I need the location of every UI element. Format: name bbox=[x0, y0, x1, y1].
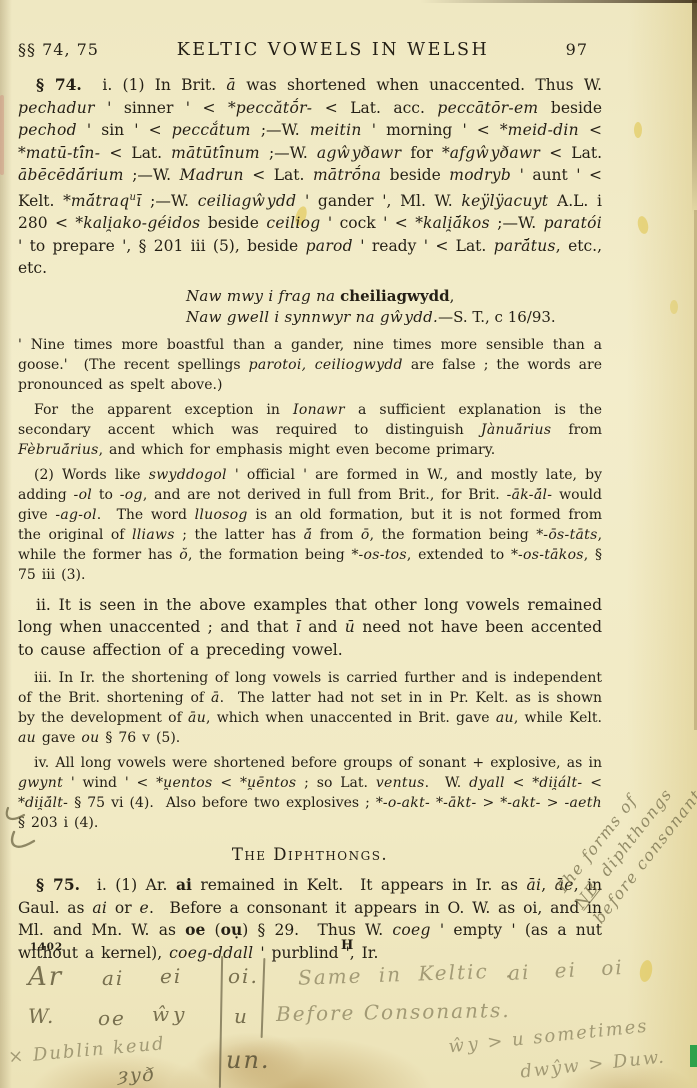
yellow-stain bbox=[636, 215, 650, 235]
paragraph-75: § 75. i. (1) Ar. ai remained in Kelt. It… bbox=[18, 874, 602, 964]
left-edge-mark bbox=[0, 95, 4, 175]
handwriting-un: un. bbox=[226, 1046, 271, 1074]
footer-signature-number: 1402 bbox=[30, 941, 63, 953]
handwriting-dwyw-duw: dwŷw > Duw. bbox=[519, 1046, 666, 1082]
pencil-column-divider bbox=[219, 956, 223, 1088]
margin-note-line3: before consonants bbox=[589, 778, 697, 927]
handwriting-ai-ei-oi: ai ei oi bbox=[507, 955, 624, 985]
handwriting-oe: oe bbox=[98, 1006, 126, 1030]
paragraph-iv: iv. All long vowels were shortened befor… bbox=[18, 753, 602, 833]
note-ionawr: For the apparent exception in Ionawr a s… bbox=[18, 400, 602, 460]
print-column: §§ 74, 75 KELTIC VOWELS IN WELSH 97 § 74… bbox=[18, 40, 602, 970]
yellow-stain bbox=[670, 300, 678, 314]
section-heading-diphthongs: The Diphthongs. bbox=[18, 845, 602, 864]
handwriting-wy: ŵy bbox=[152, 1002, 186, 1026]
handwriting-ar: Ar bbox=[28, 962, 63, 992]
scan-right-edge-shadow bbox=[692, 0, 697, 215]
footer-gathering-letter: H bbox=[341, 938, 353, 953]
handwriting-ei: ei bbox=[160, 964, 182, 988]
page-number: 97 bbox=[528, 40, 602, 59]
green-edge-mark bbox=[690, 1045, 697, 1067]
verse-line-2: Naw gwell i synnwyr na gŵydd.—S. T., c 1… bbox=[186, 307, 602, 328]
handwriting-u: u bbox=[234, 1004, 249, 1028]
header-title: KELTIC VOWELS IN WELSH bbox=[138, 40, 528, 60]
handwriting-gyd: ȝyð bbox=[118, 1064, 156, 1086]
paragraph-ii: ii. It is seen in the above examples tha… bbox=[18, 594, 602, 662]
scan-top-edge-shadow bbox=[420, 0, 697, 3]
paragraph-iii: iii. In Ir. the shortening of long vowel… bbox=[18, 668, 602, 748]
running-header: §§ 74, 75 KELTIC VOWELS IN WELSH 97 bbox=[18, 40, 602, 60]
handwriting-w: W. bbox=[28, 1004, 55, 1028]
note-translation: ' Nine times more boastful than a gander… bbox=[18, 335, 602, 395]
handwriting-ai: ai bbox=[102, 966, 124, 990]
yellow-stain bbox=[638, 959, 654, 983]
handwriting-dublin-keud: × Dublin keud bbox=[7, 1033, 166, 1068]
header-section-numbers: §§ 74, 75 bbox=[18, 40, 138, 59]
verse-line-1: Naw mwy i frag na cheiliagwydd, bbox=[186, 286, 602, 307]
paragraph-74: § 74. i. (1) In Brit. ā was shortened wh… bbox=[18, 74, 602, 280]
note-swyddogol: (2) Words like swyddogol ' official ' ar… bbox=[18, 465, 602, 585]
handwriting-before-consonants: Before Consonants. bbox=[276, 998, 511, 1026]
yellow-stain bbox=[634, 122, 642, 138]
verse-quote: Naw mwy i frag na cheiliagwydd, Naw gwel… bbox=[186, 286, 602, 328]
pencil-check-marks-icon bbox=[2, 800, 44, 862]
scanned-book-page: §§ 74, 75 KELTIC VOWELS IN WELSH 97 § 74… bbox=[0, 0, 697, 1088]
handwriting-oi: oi. bbox=[228, 964, 259, 988]
